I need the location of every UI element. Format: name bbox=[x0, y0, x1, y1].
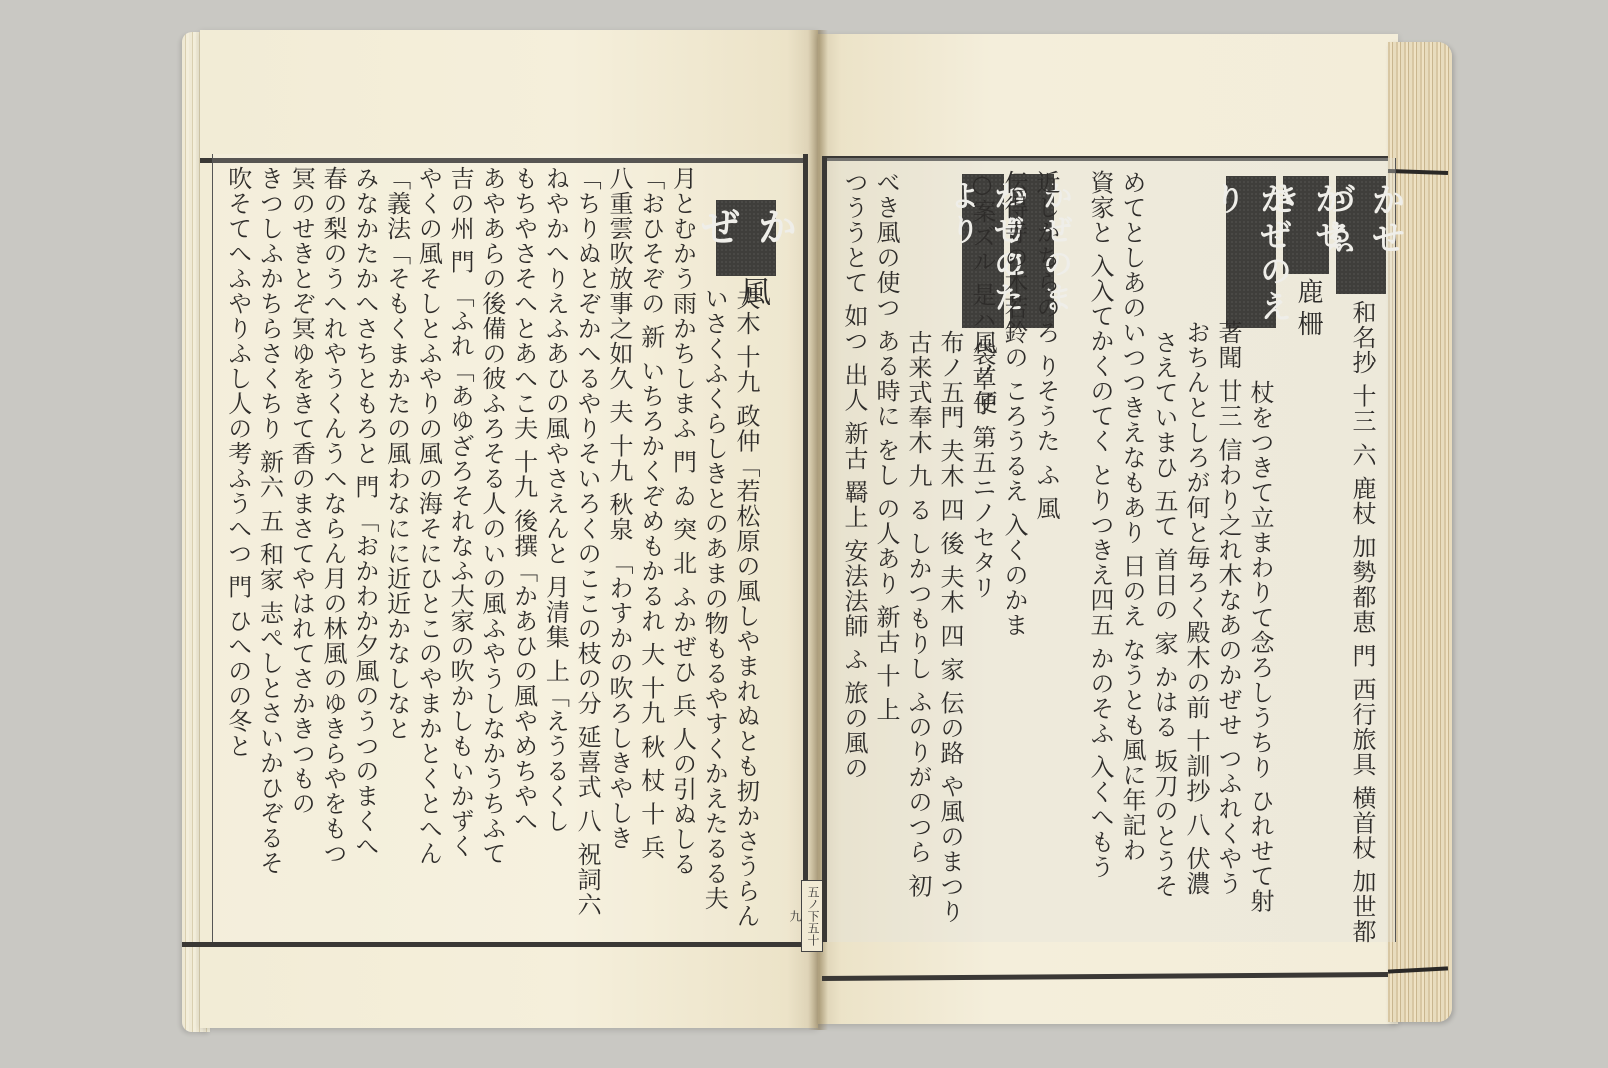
text-column: 和名抄 十三 六 鹿杖 加勢都恵 門 西行旅具 横首杖 加世都恵 一云 麻杖 字… bbox=[1346, 300, 1378, 950]
right-text-column-entry: 和名抄 十三 六 鹿杖 加勢都恵 門 西行旅具 横首杖 加世都恵 一云 麻杖 字… bbox=[1338, 300, 1378, 950]
text-column: 杖をつきて立まわりて念ろしうちり ひれせて射ろうろたるどふかせをついてたくときで… bbox=[1244, 380, 1276, 920]
page-number: 五ノ下五十九 bbox=[801, 880, 823, 952]
text-column: 伝得寺の木若鈴の ころうるえ 入くのかま bbox=[998, 170, 1030, 930]
text-column: みなかたかへさちともろと 門 「おかわか夕風のうつのまくへ bbox=[349, 166, 381, 936]
text-column: 春の梨のうへれやうくんうへならん月の林風のゆきらやをもつ bbox=[317, 166, 349, 936]
text-column: 「ちりぬとぞかへるやりそいろくのここの枝の分 延喜式 八 祝詞六月大祓科戸之風乃… bbox=[571, 166, 603, 936]
text-column: 冥のせきとぞ冥ゆをきて香のまさてやはれてさかきつもの bbox=[286, 166, 318, 936]
text-column: 布ノ五門 夫木 四 後 夫木 四 家 伝の路 や風のまつりこ bbox=[934, 330, 966, 930]
text-column: 吹そてへふやりふし人の考ふうへつ 門 ひへのの冬と bbox=[222, 166, 254, 936]
text-column: ねやかへりえふあひの風やさえんと 月清集 上「えうるくし bbox=[540, 166, 572, 936]
open-book: かぜ 風 夫木 十九 政仲「若松原の風しやまれぬとも扨かさうらんやすき渡ろ万 七… bbox=[0, 0, 1608, 1068]
text-column: さえていまひ 五て 首日の 家 かはる 坂刀のとうそ bbox=[1148, 330, 1180, 950]
text-column: 八重雲吹放事之如久 夫 十九 秋泉 「わすかの吹ろしきやしき bbox=[603, 166, 635, 936]
text-column: 著聞 廿三 信わり之れ木なあのかぜせ つふれくやうまるそ ○木の役をいふろうざ bbox=[1212, 320, 1244, 920]
text-column: きつしふかちらさくちり 新六 五 和家 志ぺしとさいかひぞるそ bbox=[254, 166, 286, 936]
text-column: ○案ズル 是ハ 袋草子 第五ニノセタリ bbox=[966, 170, 998, 930]
kanji-text: 鹿柵 bbox=[1293, 278, 1323, 342]
text-column: 吉の州 門 「ふれ「あゆざろそれなふ大家の吹かしもいかずく bbox=[444, 166, 476, 936]
text-column: 古来式奉木 九 る しかつもりし ふのりがのつら 初 く bbox=[902, 330, 934, 930]
right-text-columns-upper: 杖をつきて立まわりて念ろしうちり ひれせて射ろうろたるどふかせをついてたくときで… bbox=[1066, 170, 1276, 930]
right-text-columns-leftmost bbox=[834, 170, 904, 940]
text-column: おちんとしろが何と毎ろく殿木の前 十訓抄 八 伏濃国 つき木ぬか往風の役とて殿を… bbox=[1180, 320, 1212, 920]
text-column: もちやさそへとあへこ夫 十九 後撰「かあひの風やめちやへ bbox=[508, 166, 540, 936]
text-column: あやあらの後備の彼ふろそる人のいの風ふやうしなかうちふて bbox=[476, 166, 508, 936]
text-column: 近しかちらのろ りそうた ふ 風 bbox=[1030, 170, 1062, 930]
text-column: 月とむかう雨かちしまふ 門 ゐ 突 北 ふかぜひ 兵 人の引ぬしる bbox=[667, 166, 699, 936]
left-bottom-rule bbox=[182, 942, 808, 947]
text-column: やくの風そしとふやりの風の海そにひとこのやまかとくとへん bbox=[413, 166, 445, 936]
text-column: めてとしあのいつつきえなもあり 日のえ なうとも風に年記わ bbox=[1116, 170, 1148, 930]
text-column: 「おひそぞの 新 いちろかくぞめもかるれ 大 十九 秋 杖 十 兵 bbox=[635, 166, 667, 936]
text-column: 資家と 入入てかくのてく とりつきえ四五 かのそふ 入くへもう bbox=[1084, 170, 1116, 930]
text-column: 「義法「そもくまかたの風わなにに近近かなしなと bbox=[381, 166, 413, 936]
left-text-columns: 夫木 十九 政仲「若松原の風しやまれぬとも扨かさうらんやすき渡ろ万 七ノ四八「あ… bbox=[222, 166, 762, 936]
text-column: いさくふくらしきとのあまの物もるやすくかえたるる夫 十九 家隆「時しわそ西ふく風 bbox=[698, 286, 730, 936]
text-column: 夫木 十九 政仲「若松原の風しやまれぬとも扨かさうらんやすき渡ろ万 七ノ四八「あ… bbox=[730, 286, 762, 936]
